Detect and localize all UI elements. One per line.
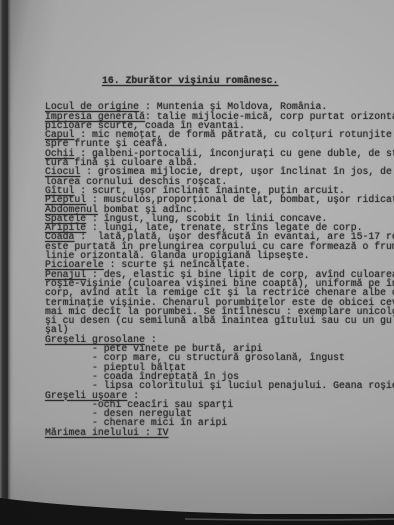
document-text: 16. Zburător vişiniu românesc. Locul de … xyxy=(45,76,394,437)
document-page: 16. Zburător vişiniu românesc. Locul de … xyxy=(8,0,394,514)
document-line: Mărimea inelului : IV xyxy=(45,428,394,437)
document-lines: Locul de origine : Muntenia şi Moldova, … xyxy=(45,102,394,437)
line-label: Mărimea inelului : IV xyxy=(45,427,168,438)
page-title: 16. Zburător vişiniu românesc. xyxy=(102,76,394,85)
document-line: şi cu desen (cu semilună albă înaintea g… xyxy=(45,316,394,325)
next-page-edge xyxy=(185,519,394,520)
book-binding-shadow xyxy=(0,0,14,525)
document-photo: 16. Zburător vişiniu românesc. Locul de … xyxy=(0,0,394,525)
